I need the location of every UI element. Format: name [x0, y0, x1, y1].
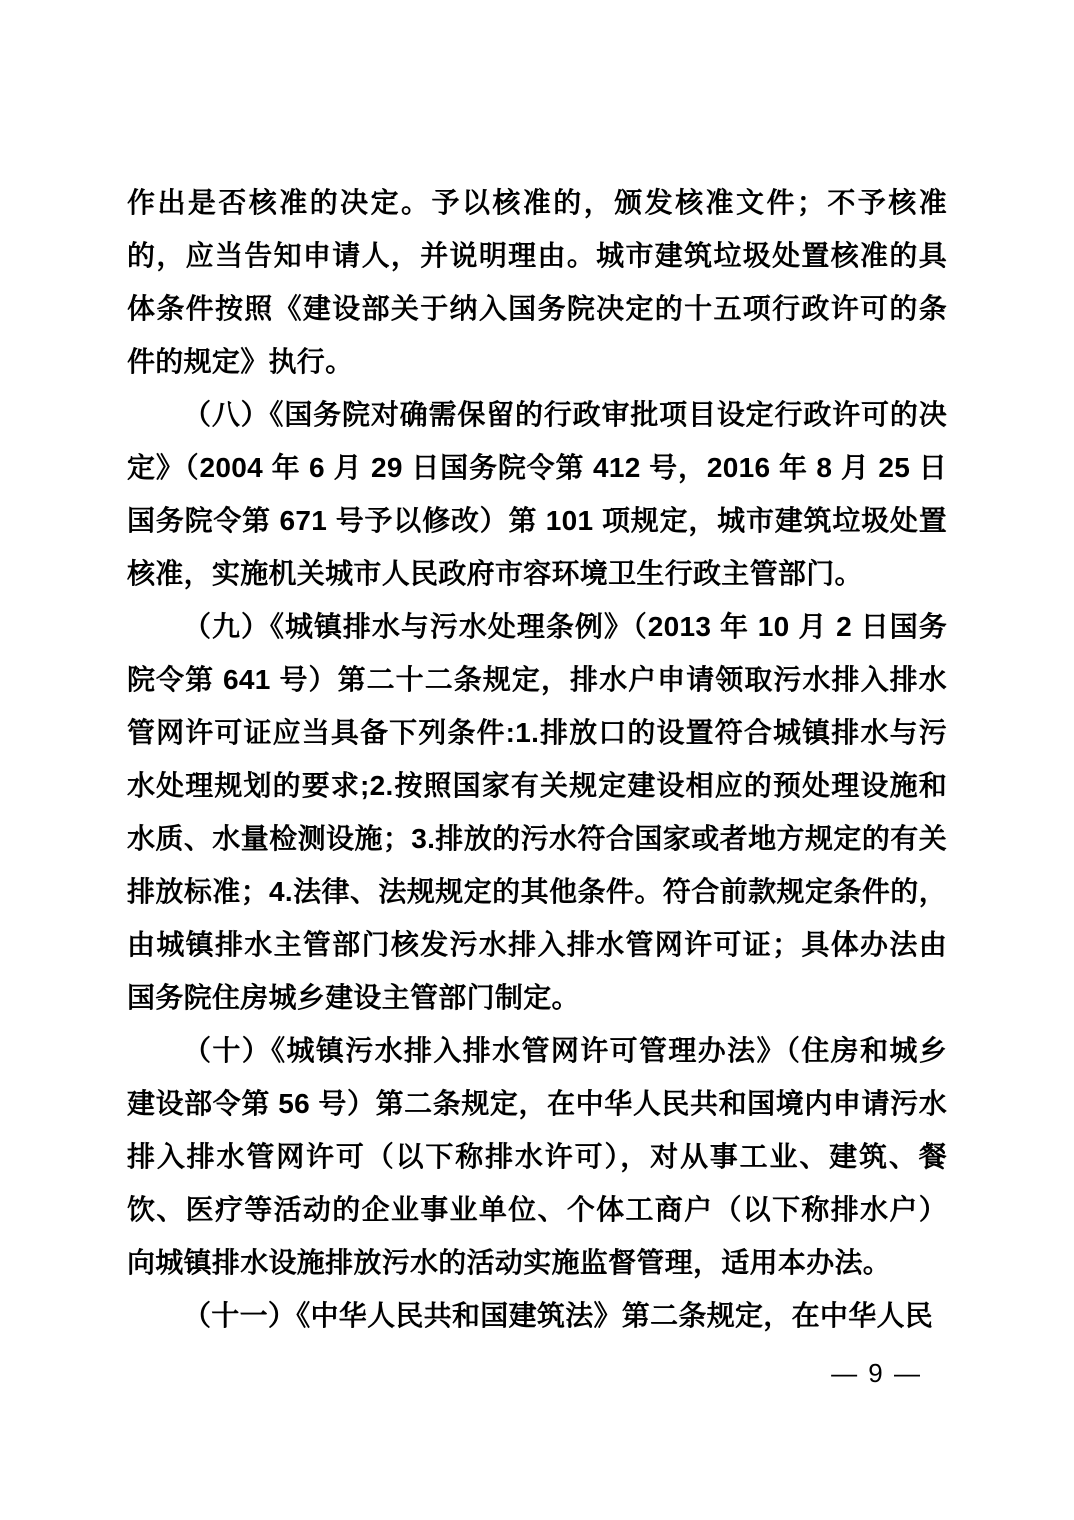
page-number: — 9 —	[831, 1358, 922, 1389]
paragraph-item-10: （十）《城镇污水排入排水管网许可管理办法》（住房和城乡建设部令第 56 号）第二…	[127, 1024, 947, 1289]
paragraph-continuation: 作出是否核准的决定。予以核准的，颁发核准文件；不予核准的，应当告知申请人，并说明…	[127, 176, 947, 388]
paragraph-item-11: （十一）《中华人民共和国建筑法》第二条规定，在中华人民	[127, 1289, 947, 1342]
paragraph-item-9: （九）《城镇排水与污水处理条例》（2013 年 10 月 2 日国务院令第 64…	[127, 600, 947, 1024]
paragraph-item-8: （八）《国务院对确需保留的行政审批项目设定行政许可的决定》（2004 年 6 月…	[127, 388, 947, 600]
document-page: 作出是否核准的决定。予以核准的，颁发核准文件；不予核准的，应当告知申请人，并说明…	[0, 0, 1074, 1520]
